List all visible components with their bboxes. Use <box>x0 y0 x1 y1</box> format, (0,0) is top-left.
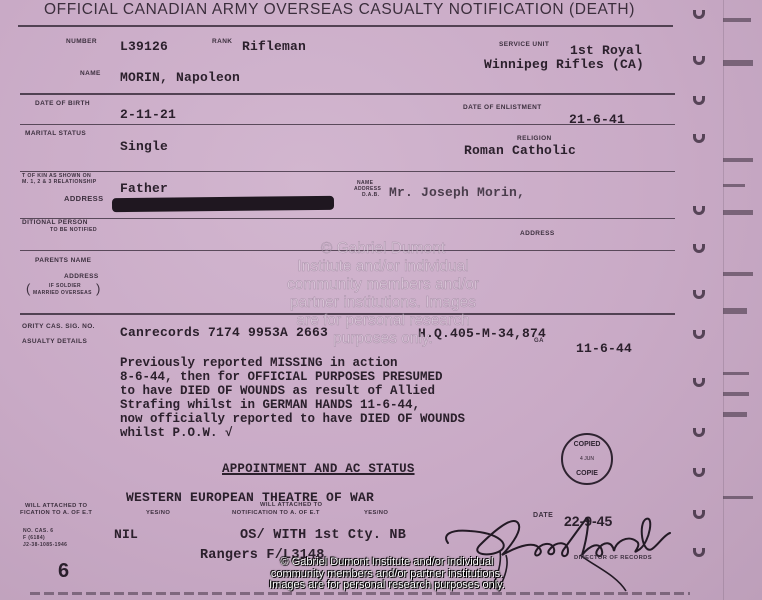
will-attached-label-2: FICATION TO A. OF E.T <box>20 510 92 516</box>
religion-value: Roman Catholic <box>464 143 576 158</box>
watermark-line: are for personal research <box>228 312 538 330</box>
name-value: MORIN, Napoleon <box>120 70 240 85</box>
theatre-value: WESTERN EUROPEAN THEATRE OF WAR <box>126 490 374 505</box>
stamp-mid: 4 JUN <box>563 456 611 462</box>
form-no-2: F (6184) <box>23 535 45 541</box>
divider <box>20 171 675 172</box>
details-line: Strafing whilst in GERMAN HANDS 11-6-44, <box>120 398 465 412</box>
parents-note-1: IF SOLDIER <box>49 283 81 289</box>
watermark-line: purposes only. <box>228 330 538 348</box>
yes-no-label-2: YES/NO <box>364 510 388 516</box>
copyright-line: © Gabriel Dumont Institute and/or indivi… <box>212 557 562 569</box>
additional-person-label-2: TO BE NOTIFIED <box>50 227 97 233</box>
form-no-3: J2-38-1085-1946 <box>23 542 67 548</box>
bottom-perforation <box>30 592 690 595</box>
additional-address-label: ADDRESS <box>520 230 555 237</box>
signature-title: DIRECTOR OF RECORDS <box>574 555 652 561</box>
watermark: © Gabriel Dumont Institute and/or indivi… <box>228 240 538 348</box>
divider <box>18 25 673 27</box>
service-unit-label: SERVICE UNIT <box>499 41 549 48</box>
casualty-details-text: Previously reported MISSING in action 8-… <box>120 356 465 440</box>
address-label: ADDRESS <box>64 194 103 203</box>
copied-stamp: COPIED 4 JUN COPIE <box>561 433 613 485</box>
details-line: to have DIED OF WOUNDS as result of Alli… <box>120 384 465 398</box>
watermark-line: Institute and/or individual <box>228 258 538 276</box>
casualty-sig-label: ORITY CAS. SIG. NO. <box>22 323 95 330</box>
parents-note-2: MARRIED OVERSEAS <box>33 290 92 296</box>
details-line: 8-6-44, then for OFFICIAL PURPOSES PRESU… <box>120 370 465 384</box>
details-line: now officially reported to have DIED OF … <box>120 412 465 426</box>
next-of-kin-label-2: M. 1, 2 & 3 RELATIONSHIP <box>22 179 97 185</box>
nok-name-value: Mr. Joseph Morin, <box>389 185 525 200</box>
watermark-line: partner institutions. Images <box>228 294 538 312</box>
casualty-date-value: 11-6-44 <box>576 341 632 356</box>
relationship-value: Father <box>120 181 168 196</box>
posting-line-1: OS/ WITH 1st Cty. NB <box>240 528 406 543</box>
paren-close: ) <box>96 281 101 296</box>
document-title: OFFICIAL CANADIAN ARMY OVERSEAS CASUALTY… <box>44 1 635 19</box>
yes-no-label: YES/NO <box>146 510 170 516</box>
religion-label: RELIGION <box>517 135 552 142</box>
divider <box>20 93 675 95</box>
page-number: 6 <box>58 560 69 583</box>
rank-value: Rifleman <box>242 39 306 54</box>
rank-label: RANK <box>212 38 232 45</box>
enlistment-label: DATE OF ENLISTMENT <box>463 104 542 111</box>
paren-open: ( <box>26 281 31 296</box>
divider <box>20 218 675 219</box>
will-attached-2-label-2: NOTIFICATION TO A. OF E.T <box>232 510 320 516</box>
will-attached-label-1: WILL ATTACHED TO <box>25 503 87 509</box>
stamp-top: COPIED <box>563 441 611 448</box>
dob-value: 2-11-21 <box>120 107 176 122</box>
margin-line <box>723 0 724 600</box>
name-label: NAME <box>80 70 101 77</box>
stamp-bottom: COPIE <box>563 470 611 477</box>
details-line: Previously reported MISSING in action <box>120 356 465 370</box>
copyright-footer: © Gabriel Dumont Institute and/or indivi… <box>212 557 562 592</box>
watermark-line: community members and/or <box>228 276 538 294</box>
form-no-1: NO. CAS. 6 <box>23 528 53 534</box>
parents-name-label: PARENTS NAME <box>35 257 91 264</box>
nok-name-label-3: D.A.B. <box>362 192 379 198</box>
dob-label: DATE OF BIRTH <box>35 100 90 107</box>
appointment-heading: APPOINTMENT AND AC STATUS <box>222 462 415 476</box>
will-attached-value: NIL <box>114 527 138 542</box>
additional-person-label-1: DITIONAL PERSON <box>22 219 88 226</box>
service-unit-value-1: 1st Royal <box>570 43 642 58</box>
divider <box>20 124 675 125</box>
number-label: NUMBER <box>66 38 97 45</box>
will-attached-2-label-1: WILL ATTACHED TO <box>260 502 322 508</box>
number-value: L39126 <box>120 39 168 54</box>
marital-status-label: MARITAL STATUS <box>25 130 86 137</box>
marital-status-value: Single <box>120 139 168 154</box>
watermark-line: © Gabriel Dumont <box>228 240 538 258</box>
parents-address-label: ADDRESS <box>64 273 99 280</box>
details-line: whilst P.O.W. √ <box>120 426 465 440</box>
redacted-address <box>112 196 334 212</box>
casualty-details-label: ASUALTY DETAILS <box>22 338 87 345</box>
service-unit-value-2: Winnipeg Rifles (CA) <box>484 57 644 72</box>
copyright-line: Images are for personal research purpose… <box>212 580 562 592</box>
